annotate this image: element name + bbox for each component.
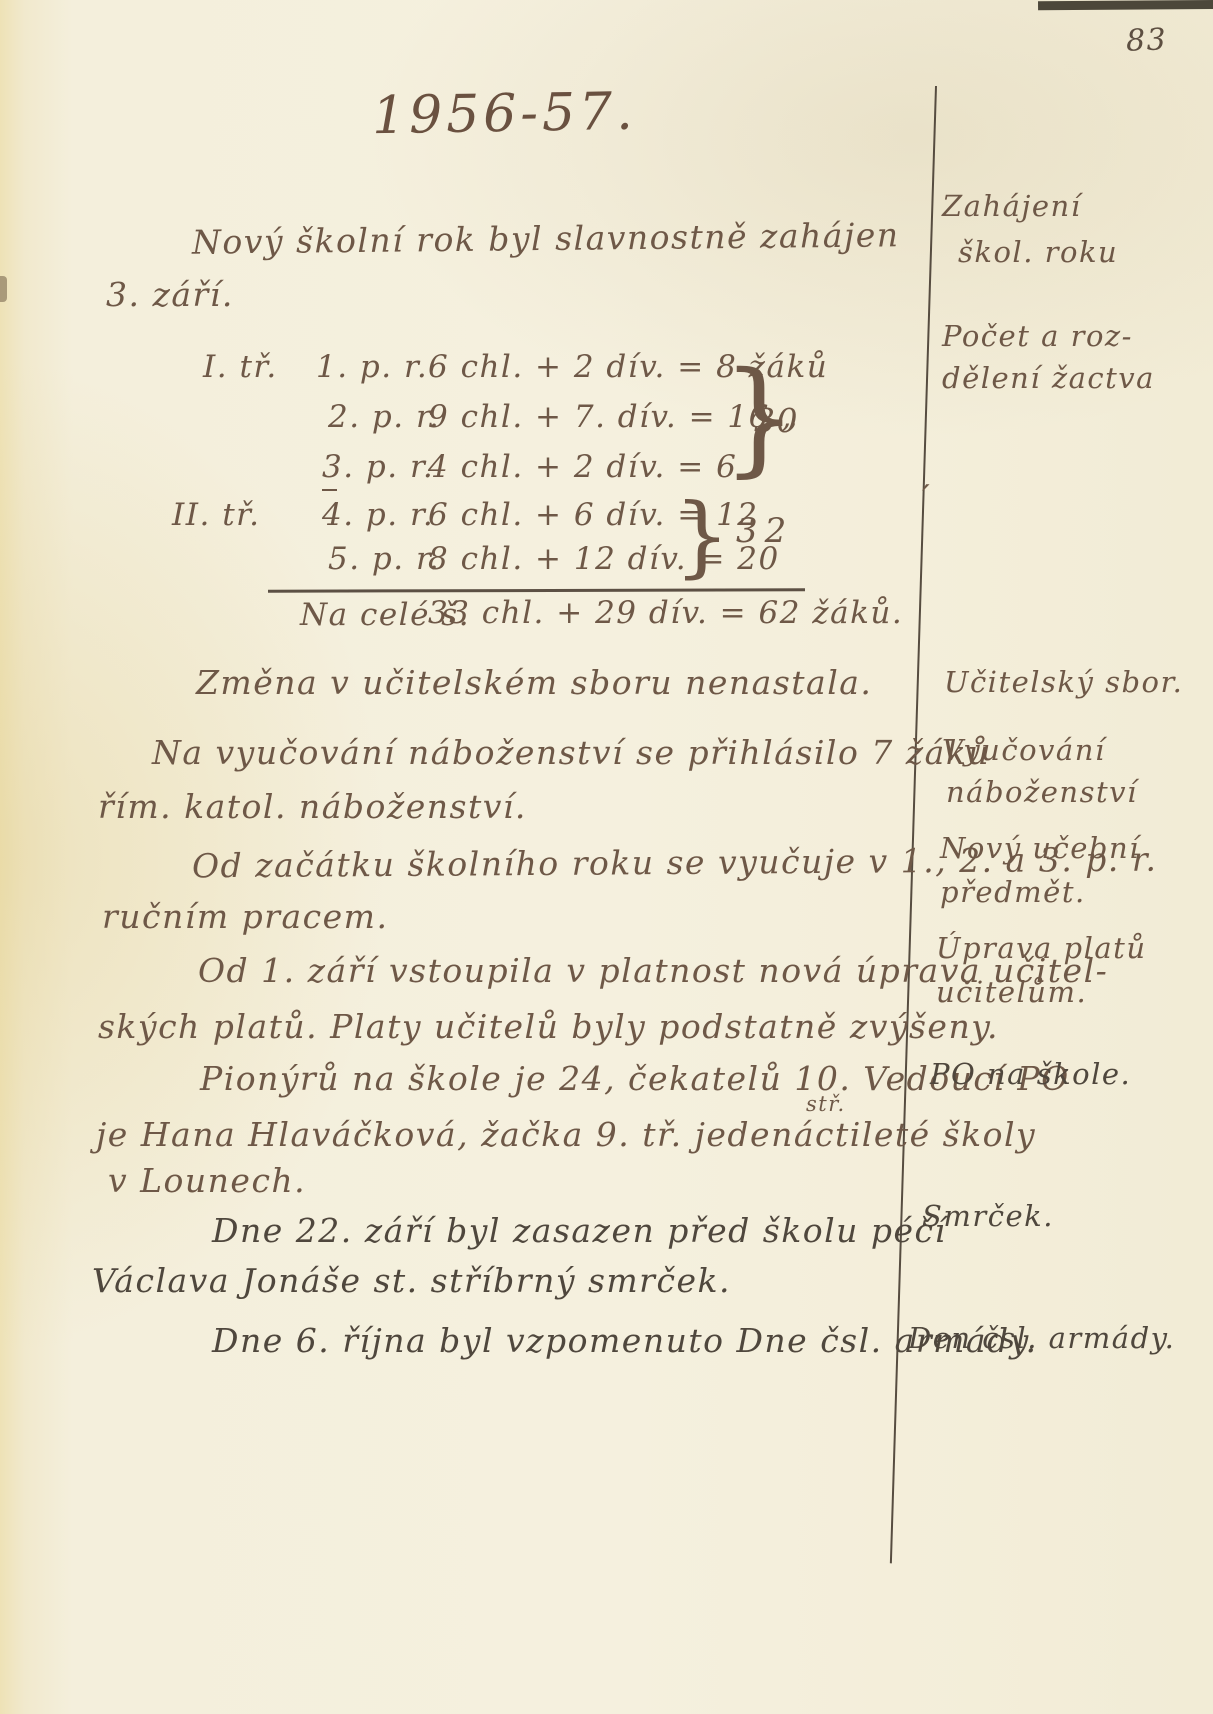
margin-label: náboženství <box>946 778 1138 807</box>
table-row-group: I. tř. <box>203 352 278 383</box>
page-number: 83 <box>1125 25 1167 56</box>
table-row-class: 1. p. r. <box>316 352 428 383</box>
margin-label: Úprava platů <box>936 934 1147 963</box>
spruce-line-2: Václava Jonáše st. stříbrný smrček. <box>92 1264 731 1297</box>
teachers-line: Změna v učitelském sboru nenastala. <box>196 666 872 699</box>
margin-label: učitelům. <box>936 978 1087 1007</box>
religion-line-1: Na vyučování náboženství se přihlásilo 7… <box>152 736 990 769</box>
intro-line-2: 3. září. <box>106 278 234 311</box>
pioneers-line-2: je Hana Hlaváčková, žačka 9. tř. jedenác… <box>96 1118 1036 1151</box>
margin-label: PO na škole. <box>930 1060 1131 1089</box>
table-row-group: II. tř. <box>172 500 260 531</box>
intro-line-1: Nový školní rok byl slavnostně zahájen <box>192 218 900 258</box>
table-row-class: 4. p. r. <box>322 500 434 531</box>
group-2-total: 32 <box>736 514 793 548</box>
scan-edge-mark <box>0 276 7 302</box>
spruce-line-1: Dne 22. září byl zasazen před školu péčí <box>212 1214 947 1247</box>
pioneers-line-3: v Lounech. <box>108 1164 306 1197</box>
brace-group-2: } <box>674 492 730 580</box>
table-total-formula: 33 chl. + 29 dív. = 62 žáků. <box>428 598 903 629</box>
handcraft-line-2: ručním pracem. <box>102 900 388 933</box>
table-sum-rule <box>268 588 805 592</box>
table-row-class: 3. p. r. <box>322 452 434 483</box>
table-row-formula: 4 chl. + 2 dív. = 6 <box>428 452 737 483</box>
margin-label: Počet a roz- <box>942 322 1133 351</box>
margin-label: Učitelský sbor. <box>944 668 1183 697</box>
group-1-total: 30 <box>754 404 799 437</box>
scan-edge-top <box>1038 0 1213 10</box>
margin-label: Smrček. <box>922 1202 1054 1231</box>
margin-tick: ′ <box>922 478 930 518</box>
margin-label: Den čsl. armády. <box>908 1324 1175 1353</box>
chronicle-page: 83 ′ 1956-57. Nový školní rok byl slavno… <box>0 0 1213 1714</box>
margin-label: Vyučování <box>942 736 1106 765</box>
underline-mark <box>322 489 337 491</box>
religion-line-2: řím. katol. náboženství. <box>98 790 527 823</box>
salaries-line-2: ských platů. Platy učitelů byly podstatn… <box>98 1010 999 1043</box>
margin-label: Nový učební <box>940 834 1140 863</box>
table-row-class: 5. p. r. <box>328 544 440 575</box>
margin-label: předmět. <box>940 878 1086 907</box>
margin-label: Zahájení <box>942 192 1082 221</box>
table-row-class: 2. p. r. <box>328 402 440 433</box>
margin-label: škol. roku <box>958 238 1118 267</box>
pioneers-line-2-insert: stř. <box>806 1094 846 1115</box>
page-title: 1956-57. <box>372 86 637 143</box>
margin-label: dělení žactva <box>942 364 1155 393</box>
